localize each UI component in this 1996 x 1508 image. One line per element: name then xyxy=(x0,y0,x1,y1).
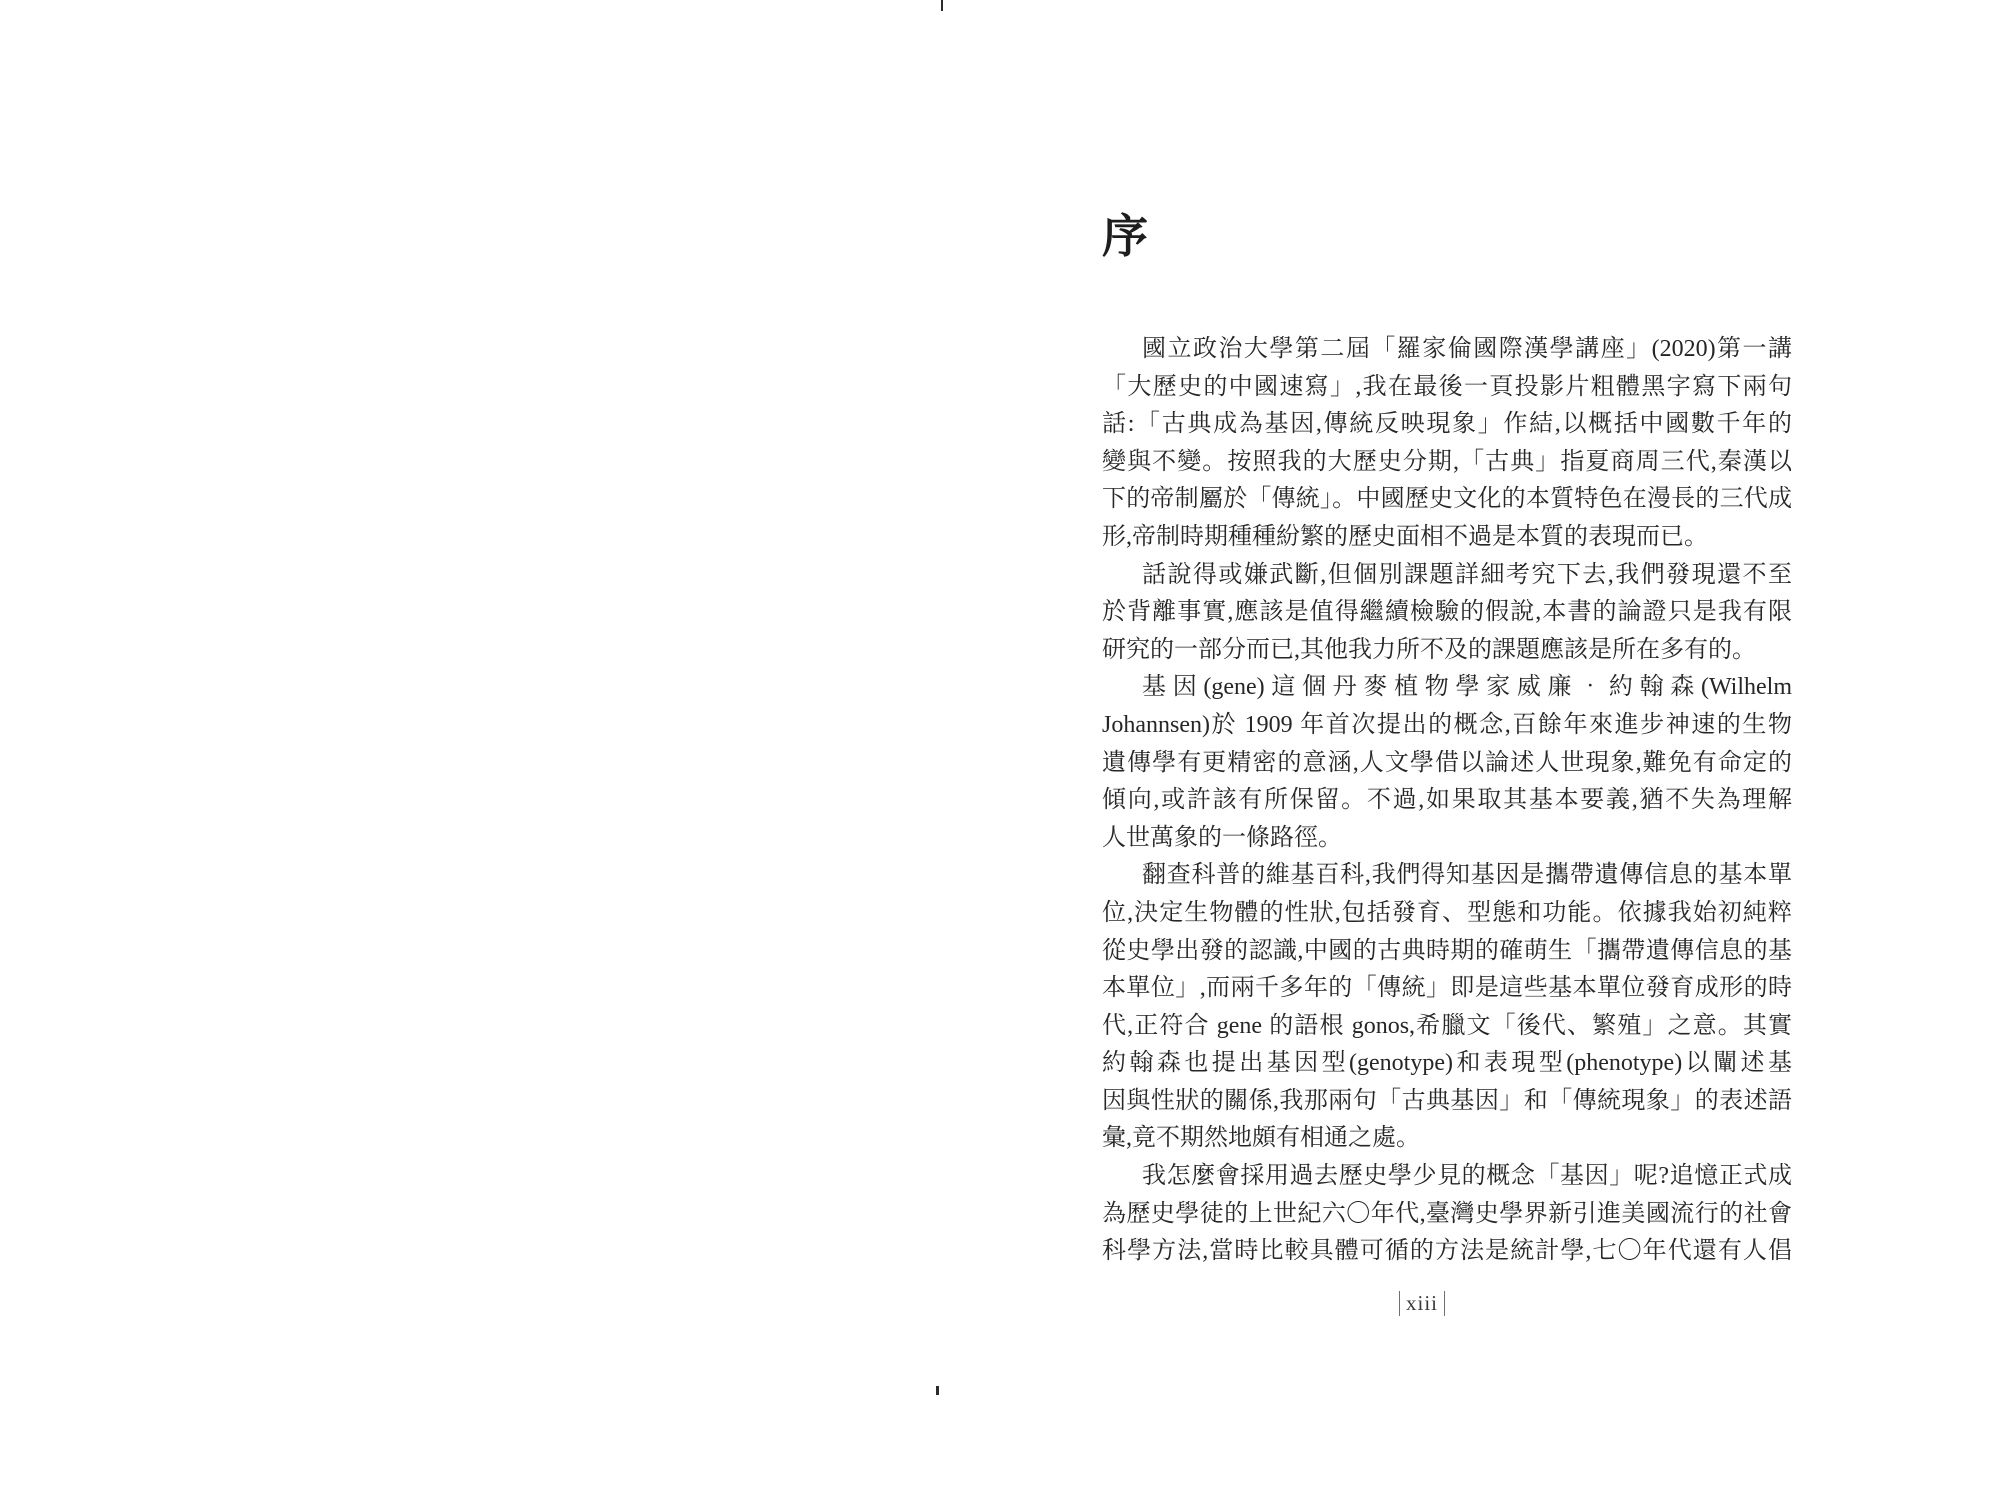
text-line: 國立政治大學第二屆「羅家倫國際漢學講座」(2020)第一講 xyxy=(1102,331,1792,369)
text-line: 從史學出發的認識,中國的古典時期的確萌生「攜帶遺傳信息的基 xyxy=(1102,933,1792,971)
text-line: 因與性狀的關係,我那兩句「古典基因」和「傳統現象」的表述語 xyxy=(1102,1083,1792,1121)
chapter-title: 序 xyxy=(1102,214,1150,260)
folio-bar-left xyxy=(1399,1291,1400,1316)
text-line: 話說得或嫌武斷,但個別課題詳細考究下去,我們發現還不至 xyxy=(1102,557,1792,595)
text-line: 我怎麼會採用過去歷史學少見的概念「基因」呢?追憶正式成 xyxy=(1102,1158,1792,1196)
text-line: 位,決定生物體的性狀,包括發育、型態和功能。依據我始初純粹 xyxy=(1102,895,1792,933)
page-number: xiii xyxy=(1399,1291,1445,1316)
text-line: 「大歷史的中國速寫」,我在最後一頁投影片粗體黑字寫下兩句 xyxy=(1102,369,1792,407)
text-line: 話:「古典成為基因,傳統反映現象」作結,以概括中國數千年的 xyxy=(1102,406,1792,444)
text-line: 彙,竟不期然地頗有相通之處。 xyxy=(1102,1120,1792,1158)
text-line: 科學方法,當時比較具體可循的方法是統計學,七〇年代還有人倡 xyxy=(1102,1233,1792,1271)
folio-number: xiii xyxy=(1406,1291,1438,1316)
body-text: 國立政治大學第二屆「羅家倫國際漢學講座」(2020)第一講「大歷史的中國速寫」,… xyxy=(1102,331,1792,1271)
text-line: 人世萬象的一條路徑。 xyxy=(1102,820,1792,858)
text-line: 基因(gene)這個丹麥植物學家威廉‧約翰森(Wilhelm xyxy=(1102,669,1792,707)
text-line: Johannsen)於 1909 年首次提出的概念,百餘年來進步神速的生物 xyxy=(1102,707,1792,745)
text-line: 遺傳學有更精密的意涵,人文學借以論述人世現象,難免有命定的 xyxy=(1102,745,1792,783)
crop-mark-top-icon xyxy=(941,0,943,11)
crop-mark-bottom-icon xyxy=(936,1386,939,1395)
text-line: 翻查科普的維基百科,我們得知基因是攜帶遺傳信息的基本單 xyxy=(1102,857,1792,895)
text-line: 形,帝制時期種種紛繁的歷史面相不過是本質的表現而已。 xyxy=(1102,519,1792,557)
folio-bar-right xyxy=(1444,1291,1445,1316)
text-line: 為歷史學徒的上世紀六〇年代,臺灣史學界新引進美國流行的社會 xyxy=(1102,1196,1792,1234)
book-page: 序 國立政治大學第二屆「羅家倫國際漢學講座」(2020)第一講「大歷史的中國速寫… xyxy=(0,0,1996,1508)
text-line: 代,正符合 gene 的語根 gonos,希臘文「後代、繁殖」之意。其實 xyxy=(1102,1008,1792,1046)
text-line: 變與不變。按照我的大歷史分期,「古典」指夏商周三代,秦漢以 xyxy=(1102,444,1792,482)
text-line: 下的帝制屬於「傳統」。中國歷史文化的本質特色在漫長的三代成 xyxy=(1102,481,1792,519)
text-line: 於背離事實,應該是值得繼續檢驗的假說,本書的論證只是我有限 xyxy=(1102,594,1792,632)
text-line: 本單位」,而兩千多年的「傳統」即是這些基本單位發育成形的時 xyxy=(1102,970,1792,1008)
text-line: 約翰森也提出基因型(genotype)和表現型(phenotype)以闡述基 xyxy=(1102,1045,1792,1083)
text-line: 研究的一部分而已,其他我力所不及的課題應該是所在多有的。 xyxy=(1102,632,1792,670)
text-line: 傾向,或許該有所保留。不過,如果取其基本要義,猶不失為理解 xyxy=(1102,782,1792,820)
